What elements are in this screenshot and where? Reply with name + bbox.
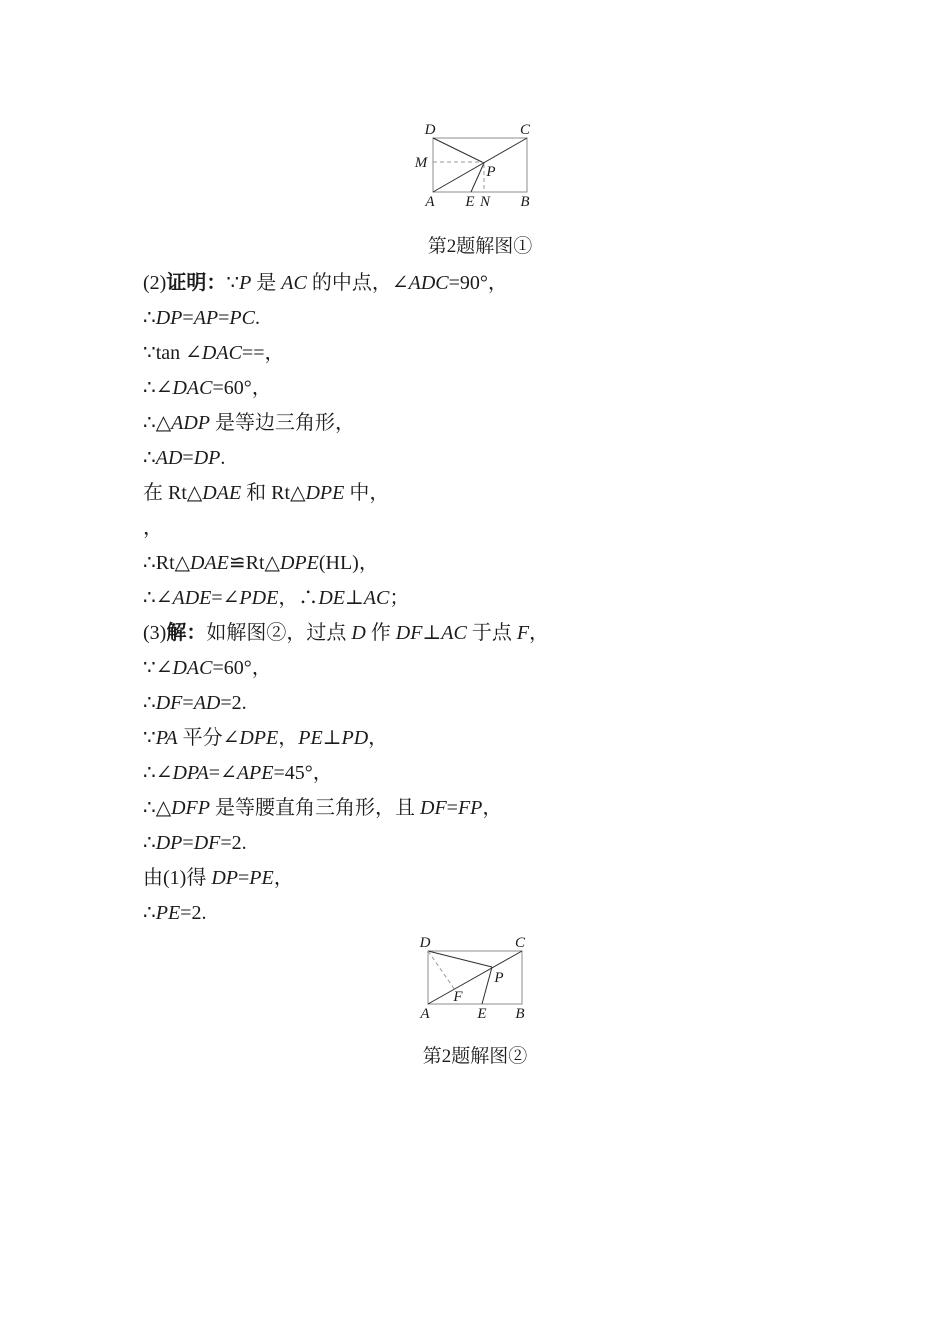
figure-1-caption: 第2题解图① [405,236,555,258]
proof-line: (2)证明：∵P 是 AC 的中点，∠ADC=90°， [143,266,823,301]
proof-line: ∴DP=DF=2. [143,826,823,861]
figure-2-caption: 第2题解图② [400,1046,550,1068]
diagonal-AC [428,951,522,1004]
figure-1-diagram: D C M P A E N B [405,110,555,215]
page: D C M P A E N B 第2题解图① (2)证明：∵P 是 AC 的中点… [0,0,950,1344]
proof-line: ∴∠DAC=60°， [143,371,823,406]
vertex-label-C: C [515,935,526,951]
figure-2: D C P F A E B [405,925,550,1025]
vertex-label-D: D [424,122,436,138]
vertex-label-A: A [424,194,435,210]
figure-2-diagram: D C P F A E B [405,925,550,1025]
segment-DP [433,138,484,163]
proof-line: ， [143,511,823,546]
segment-PE [471,163,484,192]
proof-line: ∴AD=DP. [143,441,823,476]
vertex-label-B: B [515,1006,524,1022]
proof-line: ∴Rt△DAE≌Rt△DPE(HL)， [143,546,823,581]
proof-line: 在 Rt△DAE 和 Rt△DPE 中， [143,476,823,511]
diagonal-AC [433,138,527,192]
proof-line: ∴DP=AP=PC. [143,301,823,336]
proof-line: ∵∠DAC=60°， [143,651,823,686]
proof-line: ∴△DFP 是等腰直角三角形，且 DF=FP， [143,791,823,826]
figure-1: D C M P A E N B [405,110,555,215]
proof-line: ∴∠DPA=∠APE=45°， [143,756,823,791]
vertex-label-N: N [479,194,491,210]
vertex-label-P: P [493,970,503,986]
vertex-label-C: C [520,122,531,138]
vertex-label-P: P [485,164,495,180]
vertex-label-D: D [419,935,431,951]
vertex-label-A: A [419,1006,430,1022]
vertex-label-M: M [414,155,429,171]
proof-line: ∴∠ADE=∠PDE，∴DE⊥AC； [143,581,823,616]
proof-line: ∵tan ∠DAC==， [143,336,823,371]
proof-line: ∴△ADP 是等边三角形， [143,406,823,441]
vertex-label-E: E [476,1006,486,1022]
vertex-label-F: F [452,989,463,1005]
proof-line: 由(1)得 DP=PE， [143,861,823,896]
proof-lines: (2)证明：∵P 是 AC 的中点，∠ADC=90°，∴DP=AP=PC.∵ta… [143,266,823,931]
vertex-label-E: E [464,194,474,210]
proof-line: ∴DF=AD=2. [143,686,823,721]
proof-line: (3)解：如解图②，过点 D 作 DF⊥AC 于点 F， [143,616,823,651]
proof-line: ∵PA 平分∠DPE，PE⊥PD， [143,721,823,756]
vertex-label-B: B [520,194,529,210]
